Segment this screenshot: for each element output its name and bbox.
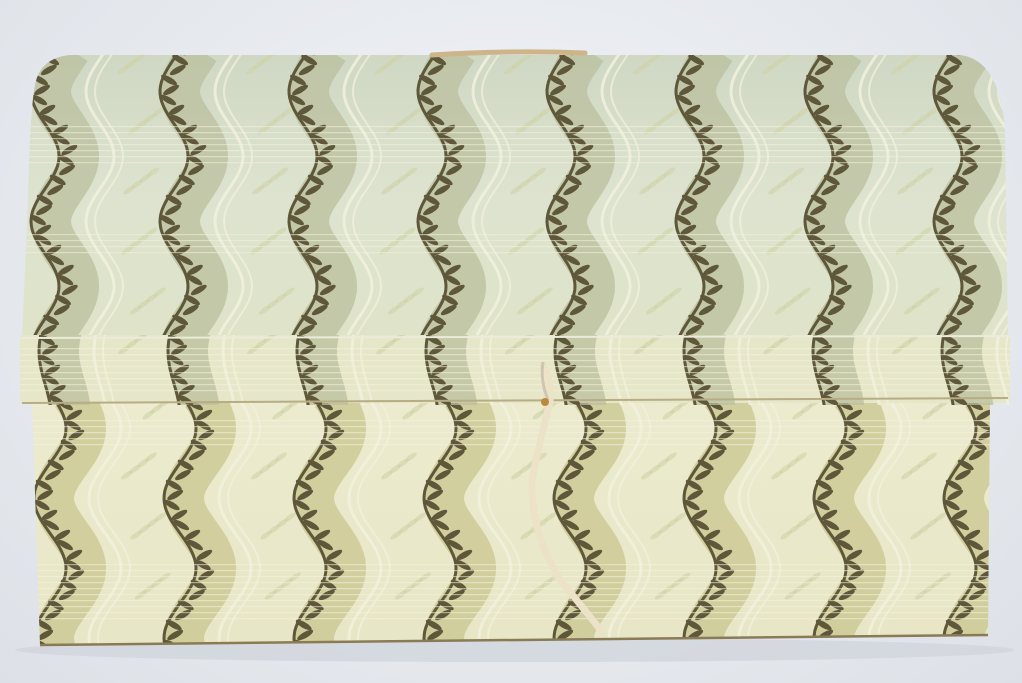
photo-scene: [0, 0, 1022, 683]
lid-band: [20, 323, 1022, 410]
box-body: [30, 388, 1022, 652]
box-lid: [20, 43, 1022, 347]
dome-box-illustration: [0, 0, 1022, 683]
